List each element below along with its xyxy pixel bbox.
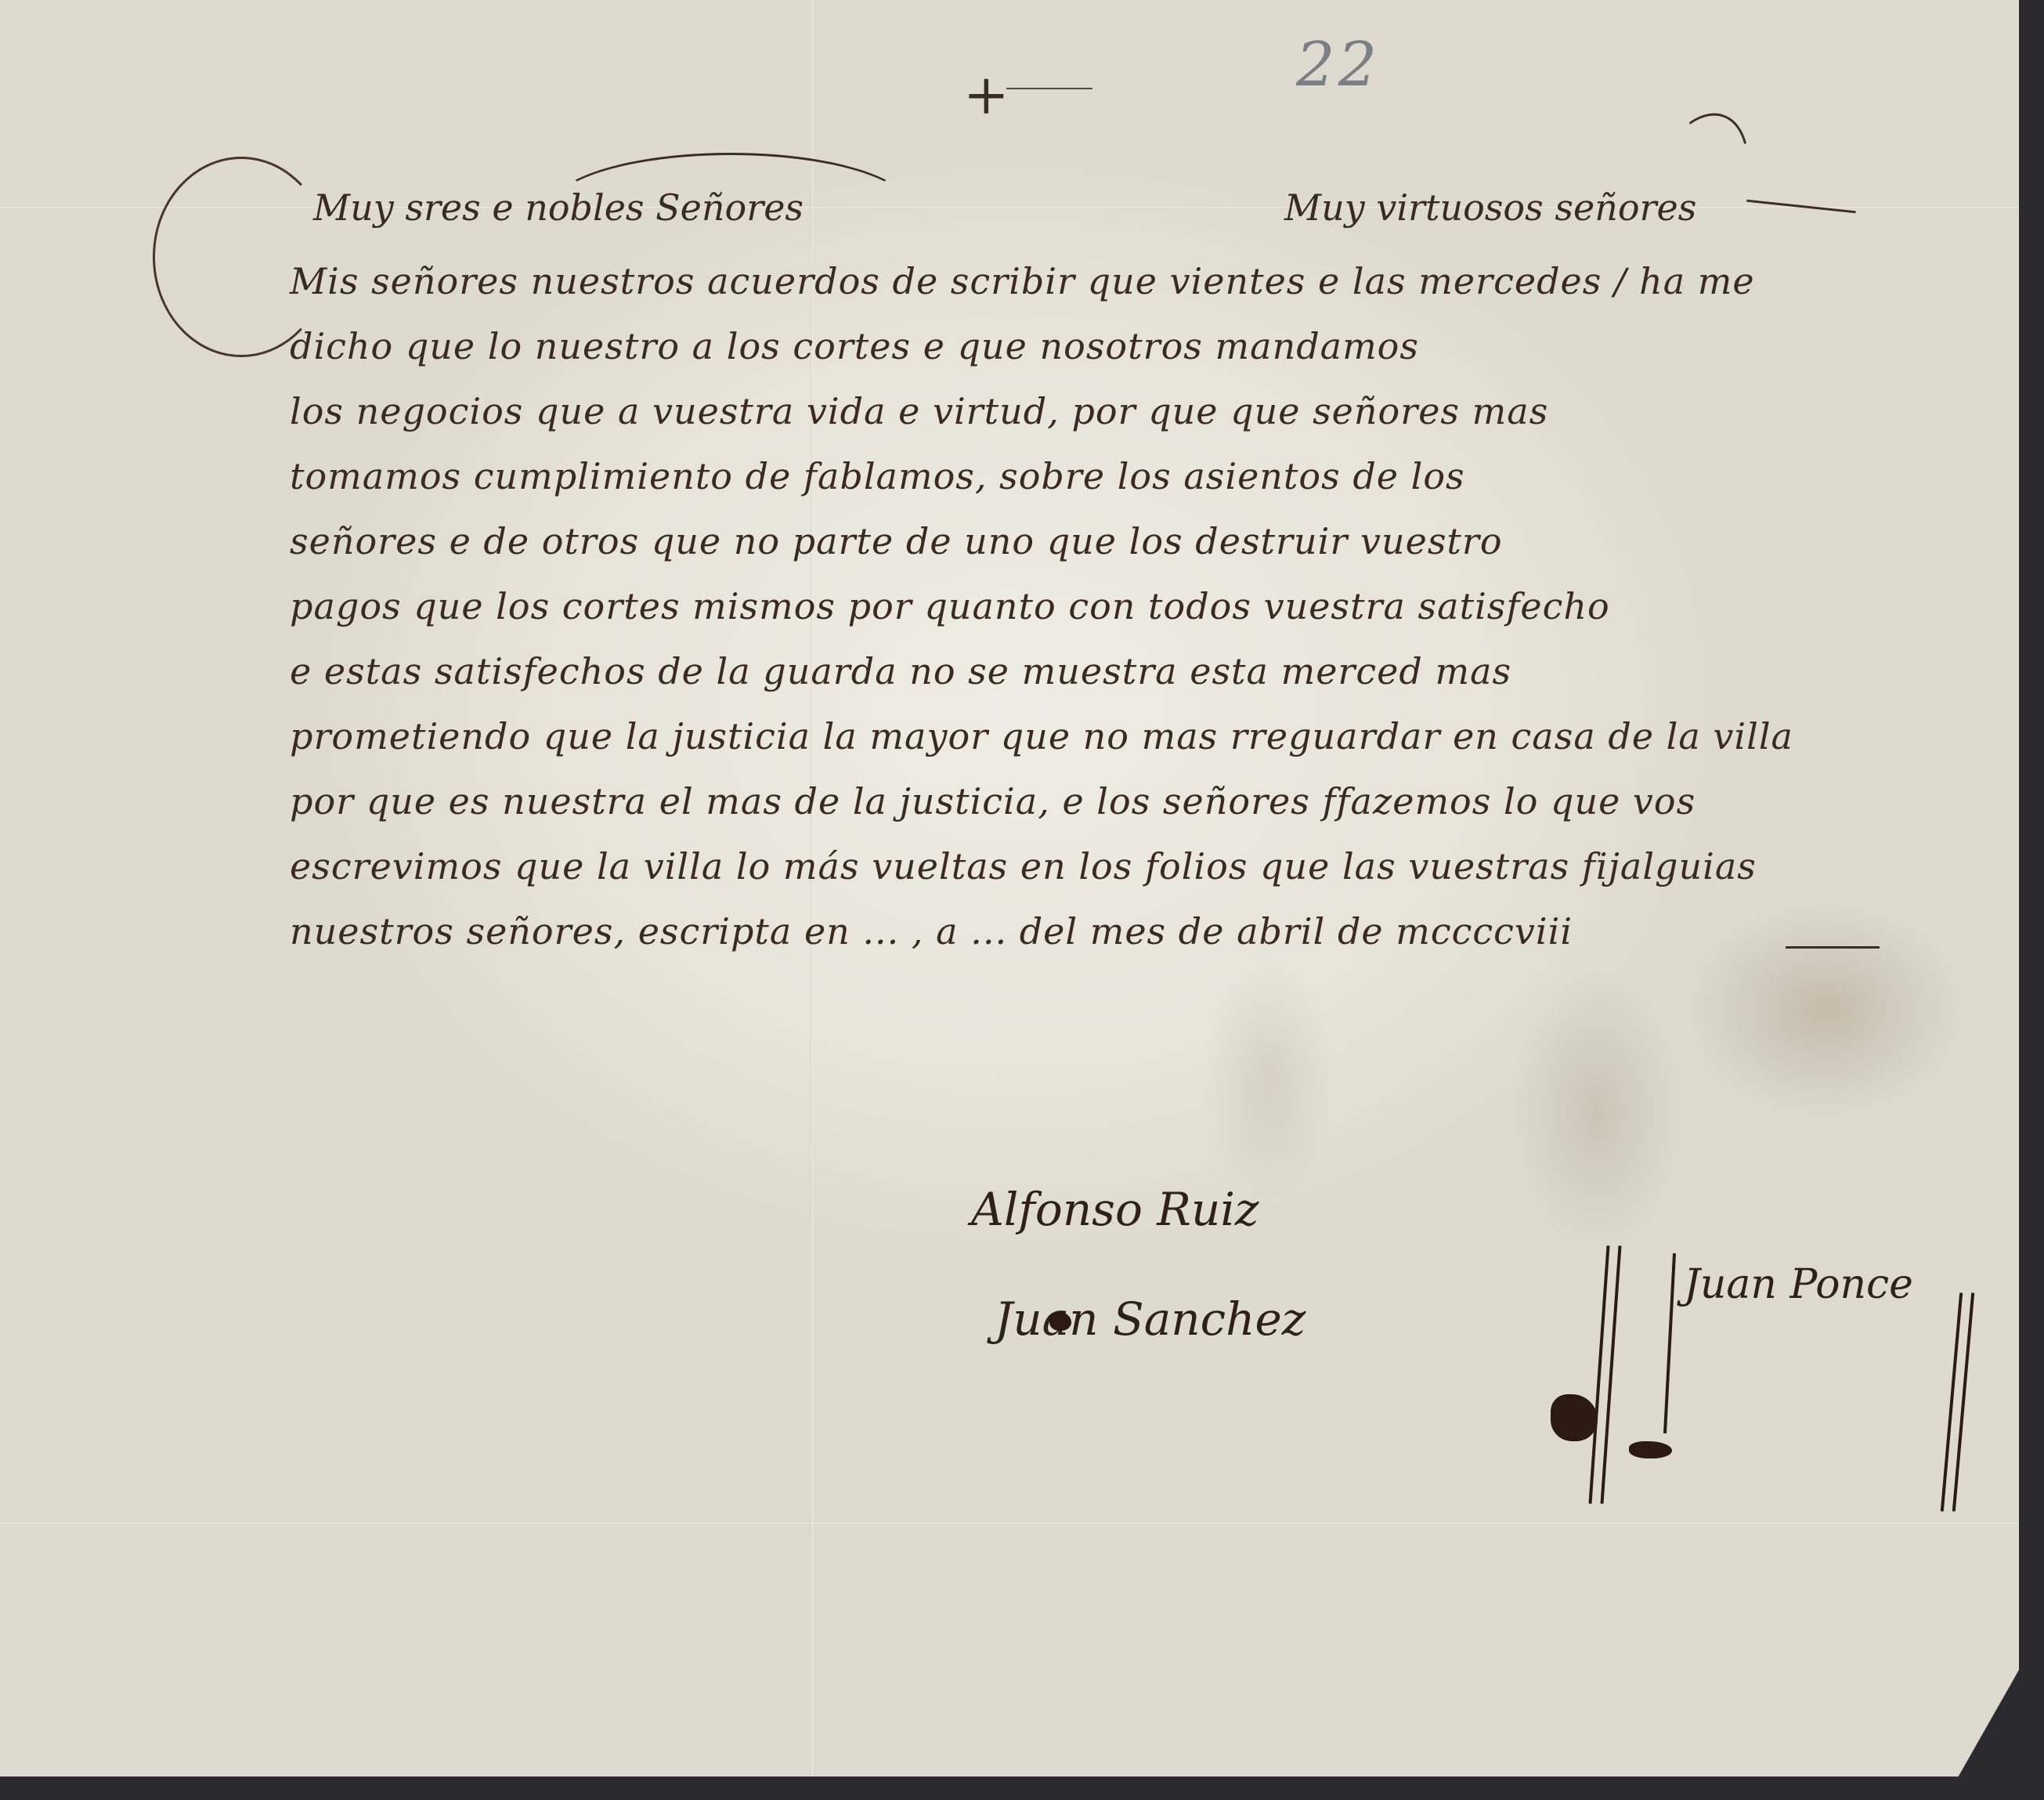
rubric-stroke xyxy=(1941,1292,1963,1511)
letter-body: Mis señores nuestros acuerdos de scribir… xyxy=(290,249,1903,964)
signature-3: Juan Ponce xyxy=(1684,1261,1913,1308)
body-line: pagos que los cortes mismos por quanto c… xyxy=(290,574,1903,639)
body-line: prometiendo que la justicia la mayor que… xyxy=(290,704,1903,769)
folio-number: 22 xyxy=(1296,30,1380,100)
ink-blot xyxy=(1049,1312,1071,1331)
line-end-tail xyxy=(1786,946,1880,949)
body-line: nuestros señores, escripta en ... , a ..… xyxy=(290,899,1903,964)
body-line: por que es nuestra el mas de la justicia… xyxy=(290,769,1903,834)
signature-block: Juan Ponce xyxy=(1684,1261,1913,1308)
salutation-left: Muy sres e nobles Señores xyxy=(313,186,804,229)
cross-mark: + xyxy=(963,63,1009,127)
signature-2: Juan Sanchez xyxy=(995,1292,1305,1346)
fold-crease-horizontal-lower xyxy=(0,1521,2019,1523)
body-line: e estas satisfechos de la guarda no se m… xyxy=(290,639,1903,704)
body-line: dicho que lo nuestro a los cortes e que … xyxy=(290,314,1903,379)
body-line: escrevimos que la villa lo más vueltas e… xyxy=(290,834,1903,899)
rubric-stroke xyxy=(1952,1292,1974,1511)
ink-blot xyxy=(1551,1394,1598,1441)
body-line: los negocios que a vuestra vida e virtud… xyxy=(290,379,1903,444)
body-line: Mis señores nuestros acuerdos de scribir… xyxy=(290,249,1903,314)
signature-1: Alfonso Ruiz xyxy=(971,1183,1259,1236)
rubric-stroke xyxy=(1588,1245,1609,1503)
signature-block: Alfonso Ruiz xyxy=(971,1183,1259,1236)
rubric-stroke xyxy=(1663,1253,1676,1433)
ink-blot xyxy=(1629,1441,1672,1458)
signature-block: Juan Sanchez xyxy=(995,1292,1305,1346)
salutation-right: Muy virtuosos señores xyxy=(1284,186,1696,229)
manuscript-page: + 22 Muy sres e nobles Señores Muy virtu… xyxy=(0,0,2019,1777)
body-line: señores e de otros que no parte de uno q… xyxy=(290,509,1903,574)
cross-dash xyxy=(1006,88,1092,89)
body-line: tomamos cumplimiento de fablamos, sobre … xyxy=(290,444,1903,509)
